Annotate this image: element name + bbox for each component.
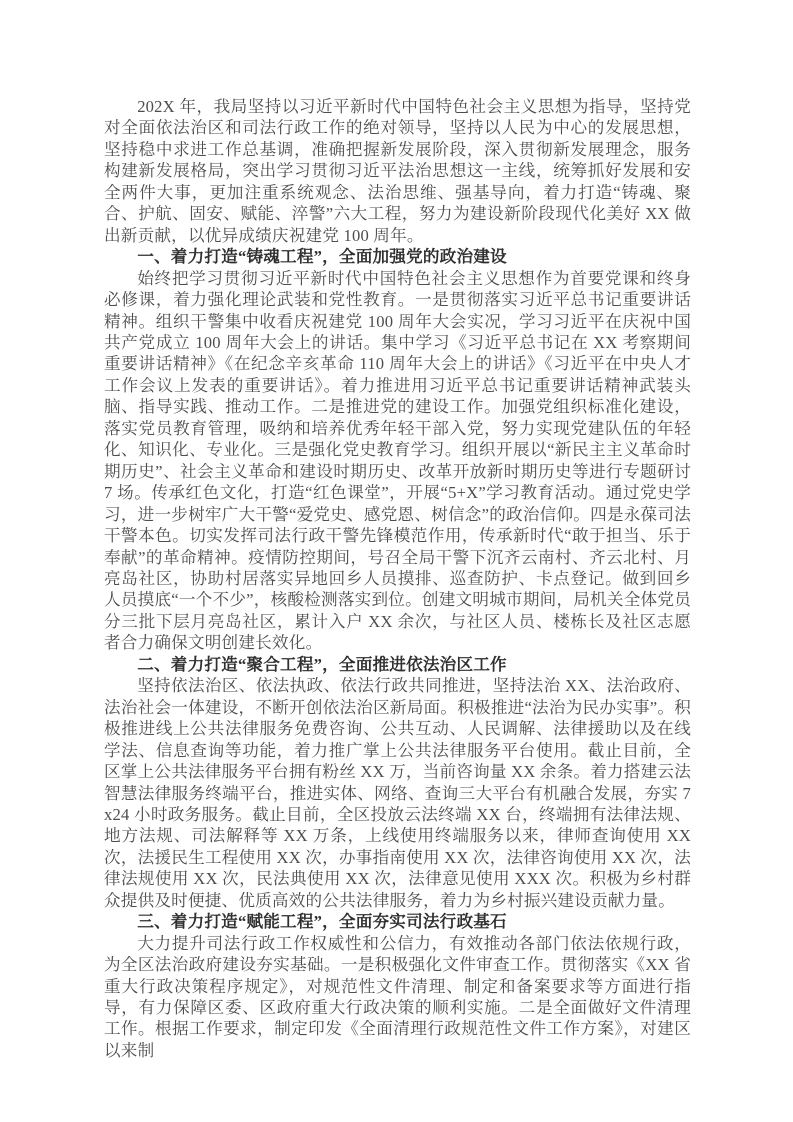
- section-3-body: 大力提升司法行政工作权威性和公信力，有效推动各部门依法依规行政，为全区法治政府建…: [104, 933, 691, 1062]
- section-1-body: 始终把学习贯彻习近平新时代中国特色社会主义思想作为首要党课和终身必修课，着力强化…: [104, 268, 691, 654]
- section-3: 三、着力打造“赋能工程”，全面夯实司法行政基石 大力提升司法行政工作权威性和公信…: [104, 911, 691, 1061]
- section-3-heading: 三、着力打造“赋能工程”，全面夯实司法行政基石: [104, 911, 691, 932]
- section-2: 二、着力打造“聚合工程”，全面推进依法治区工作 坚持依法治区、依法执政、依法行政…: [104, 654, 691, 911]
- section-2-heading: 二、着力打造“聚合工程”，全面推进依法治区工作: [104, 654, 691, 675]
- document-page: 202X 年，我局坚持以习近平新时代中国特色社会主义思想为指导，坚持党对全面依法…: [0, 0, 793, 1122]
- section-1: 一、着力打造“铸魂工程”，全面加强党的政治建设 始终把学习贯彻习近平新时代中国特…: [104, 246, 691, 654]
- section-2-body: 坚持依法治区、依法执政、依法行政共同推进，坚持法治 XX、法治政府、法治社会一体…: [104, 675, 691, 911]
- intro-paragraph: 202X 年，我局坚持以习近平新时代中国特色社会主义思想为指导，坚持党对全面依法…: [104, 96, 691, 246]
- section-1-heading: 一、着力打造“铸魂工程”，全面加强党的政治建设: [104, 246, 691, 267]
